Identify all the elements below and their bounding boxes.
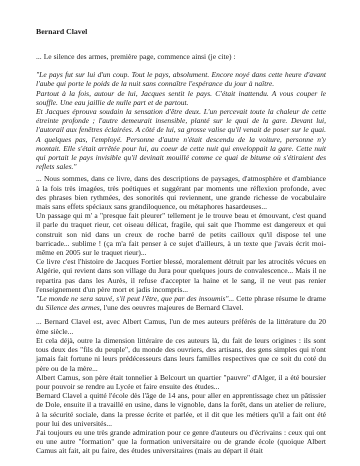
document-title: Bernard Clavel	[36, 27, 326, 36]
commentary-paragraph-4: "Le monde ne sera sauvé, s'il peut l'êtr…	[36, 294, 326, 312]
insoumis-quote: "Le monde ne sera sauvé, s'il peut l'êtr…	[36, 294, 234, 303]
biography-section: ... Bernard Clavel est, avec Albert Camu…	[36, 317, 326, 455]
quote-paragraph-2: Partout à la fois, autour de lui, Jacque…	[36, 89, 326, 107]
commentary-phrase-end: , l'une des oeuvres majeures de Bernard …	[100, 303, 244, 312]
book-excerpt-quote: "Le pays fut sur lui d'un coup. Tout le …	[36, 70, 326, 171]
biography-paragraph-5: J'ai toujours eu une très grande admirat…	[36, 428, 326, 456]
biography-paragraph-4: Bernard Clavel a quitté l'école dès l'âg…	[36, 391, 326, 428]
quote-paragraph-3: Et Jacques éprouva soudain la sensation …	[36, 107, 326, 171]
biography-paragraph-2: Et cela déjà, outre la dimension littéra…	[36, 336, 326, 373]
biography-paragraph-1: ... Bernard Clavel est, avec Albert Camu…	[36, 317, 326, 335]
intro-line: ... Le silence des armes, première page,…	[36, 52, 326, 61]
commentary-paragraph-1: ... Nous sommes, dans ce livre, dans des…	[36, 174, 326, 211]
quote-paragraph-1: "Le pays fut sur lui d'un coup. Tout le …	[36, 70, 326, 88]
document-page: Bernard Clavel ... Le silence des armes,…	[0, 0, 360, 466]
book-title-mention: Silence des armes	[46, 303, 100, 312]
biography-paragraph-3: Albert Camus, son père était tonnelier à…	[36, 373, 326, 391]
commentary-section: ... Nous sommes, dans ce livre, dans des…	[36, 174, 326, 312]
commentary-paragraph-2: Un passage qui m' a "presque fait pleure…	[36, 211, 326, 257]
commentary-paragraph-3: Ce livre c'est l'histoire de Jacques For…	[36, 257, 326, 294]
